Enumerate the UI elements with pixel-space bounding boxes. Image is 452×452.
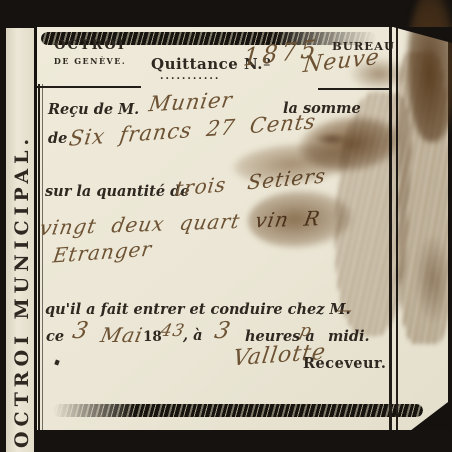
date-month: Mai	[101, 323, 143, 347]
date-day: 3	[73, 318, 89, 344]
quantity-value-line1: trois Setiers	[174, 163, 327, 200]
bureau-underline	[318, 88, 392, 90]
received-from-label: Reçu de M.	[48, 101, 139, 118]
date-word: ce	[46, 328, 64, 345]
receiver-title: Receveur.	[303, 355, 386, 372]
date-year: 43	[161, 321, 185, 341]
hour-value: 3	[215, 318, 231, 344]
quantity-value-line2: vingt deux quart vin R	[40, 206, 321, 240]
payer-name: Munier	[148, 88, 233, 116]
ink-stain	[408, 0, 452, 142]
quantity-value-line3: Etranger	[52, 237, 153, 268]
date-comma-at: , à	[183, 327, 203, 344]
office-location: DE GENÈVE.	[39, 56, 141, 66]
side-strip: OCTROI MUNICIPAL.	[6, 28, 34, 452]
header-divider-line	[37, 86, 141, 88]
midi-label: midi.	[328, 328, 370, 345]
left-rule-outer	[38, 84, 40, 430]
left-rule-inner	[42, 84, 43, 430]
paper-sheet: OCTROI DE GENÈVE. Quittance N.º 1875 ...…	[37, 27, 448, 430]
office-name: OCTROI	[39, 38, 141, 53]
scanned-receipt: OCTROI MUNICIPAL. OCTROI DE GENÈVE. Quit…	[0, 0, 452, 452]
chain-border-bottom-icon	[53, 404, 423, 417]
vertical-rule-inner	[396, 27, 398, 430]
hours-script-mark: p	[300, 321, 312, 341]
delivery-clause: qu'il a fait entrer et conduire chez M.	[45, 301, 351, 318]
vertical-rule-outer	[389, 27, 392, 430]
dotted-separator: ...........	[160, 71, 220, 82]
side-strip-label: OCTROI MUNICIPAL.	[11, 134, 33, 448]
ink-mark	[54, 359, 59, 365]
delivery-dash: —	[337, 301, 353, 319]
quantity-label: sur la quantité de	[45, 183, 190, 200]
office-heading: OCTROI DE GENÈVE.	[39, 38, 141, 66]
amount-preposition: de	[48, 130, 67, 147]
